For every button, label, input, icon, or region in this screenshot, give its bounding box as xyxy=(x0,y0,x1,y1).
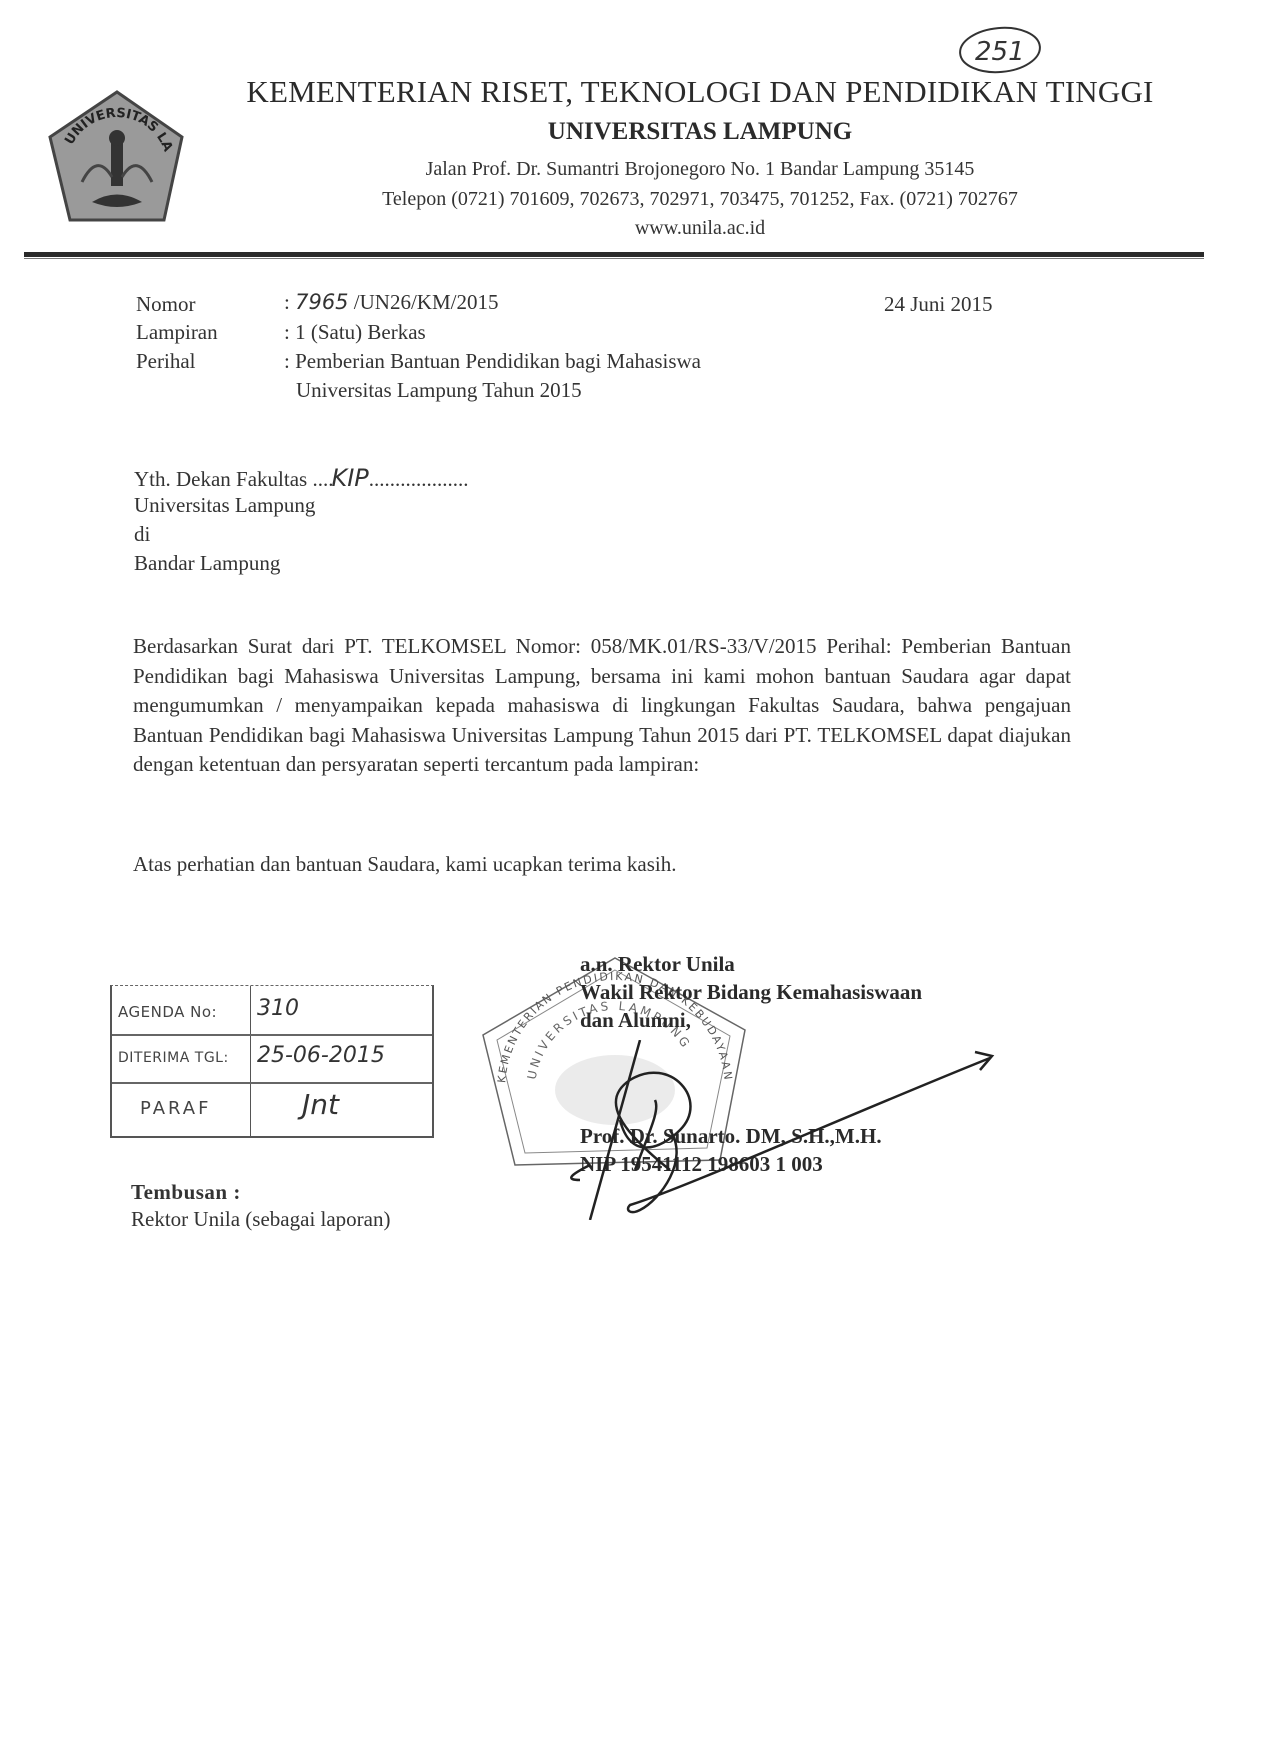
address-line: Jalan Prof. Dr. Sumantri Brojonegoro No.… xyxy=(200,158,1200,181)
meta-label-perihal: Perihal xyxy=(136,349,195,374)
letter-date: 24 Juni 2015 xyxy=(884,292,993,317)
university-name: UNIVERSITAS LAMPUNG xyxy=(200,118,1200,146)
signature-line-3: dan Alumni, xyxy=(580,1008,691,1033)
cc-title: Tembusan : xyxy=(131,1180,241,1205)
meta-value-perihal: : Pemberian Bantuan Pendidikan bagi Maha… xyxy=(284,349,701,374)
closing-sentence: Atas perhatian dan bantuan Saudara, kami… xyxy=(133,852,676,877)
stamp-row-date: DITERIMA TGL: 25-06-2015 xyxy=(112,1034,432,1084)
page-number-mark: 251 xyxy=(935,20,1075,80)
recipient-prefix: Yth. Dekan Fakultas .... xyxy=(134,467,333,491)
meta-value-nomor: : 7965 /UN26/KM/2015 xyxy=(284,290,498,315)
stamp-label: PARAF xyxy=(140,1098,211,1119)
stamp-label: AGENDA No: xyxy=(118,1003,217,1021)
signature-line-2: Wakil Rektor Bidang Kemahasiswaan xyxy=(580,980,922,1005)
stamp-value: 25-06-2015 xyxy=(257,1043,385,1068)
meta-label-nomor: Nomor xyxy=(136,292,196,317)
recipient-line-1: Yth. Dekan Fakultas ....KIP.............… xyxy=(134,464,469,492)
meta-value-perihal-cont: Universitas Lampung Tahun 2015 xyxy=(296,378,582,403)
website-link[interactable]: www.unila.ac.id xyxy=(200,217,1200,240)
header-divider-thin xyxy=(24,258,1204,259)
university-crest-icon: UNIVERSITAS LAMPUNG xyxy=(42,82,192,232)
cc-item: Rektor Unila (sebagai laporan) xyxy=(131,1207,391,1232)
signature-line-1: a.n. Rektor Unila xyxy=(580,952,735,977)
meta-value-lampiran: : 1 (Satu) Berkas xyxy=(284,320,426,345)
handwritten-signature xyxy=(560,1040,1000,1220)
recipient-line-2: Universitas Lampung xyxy=(134,493,315,518)
recipient-dots: ................... xyxy=(369,467,469,491)
receipt-stamp: AGENDA No: 310 DITERIMA TGL: 25-06-2015 … xyxy=(110,985,434,1138)
handwritten-faculty: KIP xyxy=(331,464,368,492)
meta-label-lampiran: Lampiran xyxy=(136,320,218,345)
recipient-line-4: Bandar Lampung xyxy=(134,551,280,576)
phone-line: Telepon (0721) 701609, 702673, 702971, 7… xyxy=(200,188,1200,211)
stamp-value: Jnt xyxy=(302,1088,339,1121)
number-suffix: /UN26/KM/2015 xyxy=(349,290,499,314)
header-divider xyxy=(24,252,1204,257)
svg-text:251: 251 xyxy=(975,37,1025,67)
ministry-title: KEMENTERIAN RISET, TEKNOLOGI DAN PENDIDI… xyxy=(200,74,1200,110)
stamp-label: DITERIMA TGL: xyxy=(118,1050,229,1066)
handwritten-number: 7965 xyxy=(295,290,348,314)
recipient-line-3: di xyxy=(134,522,150,547)
body-paragraph: Berdasarkan Surat dari PT. TELKOMSEL Nom… xyxy=(133,632,1071,780)
stamp-row-agenda: AGENDA No: 310 xyxy=(112,986,432,1036)
stamp-value: 310 xyxy=(257,996,299,1021)
stamp-row-paraf: PARAF Jnt xyxy=(112,1082,432,1134)
